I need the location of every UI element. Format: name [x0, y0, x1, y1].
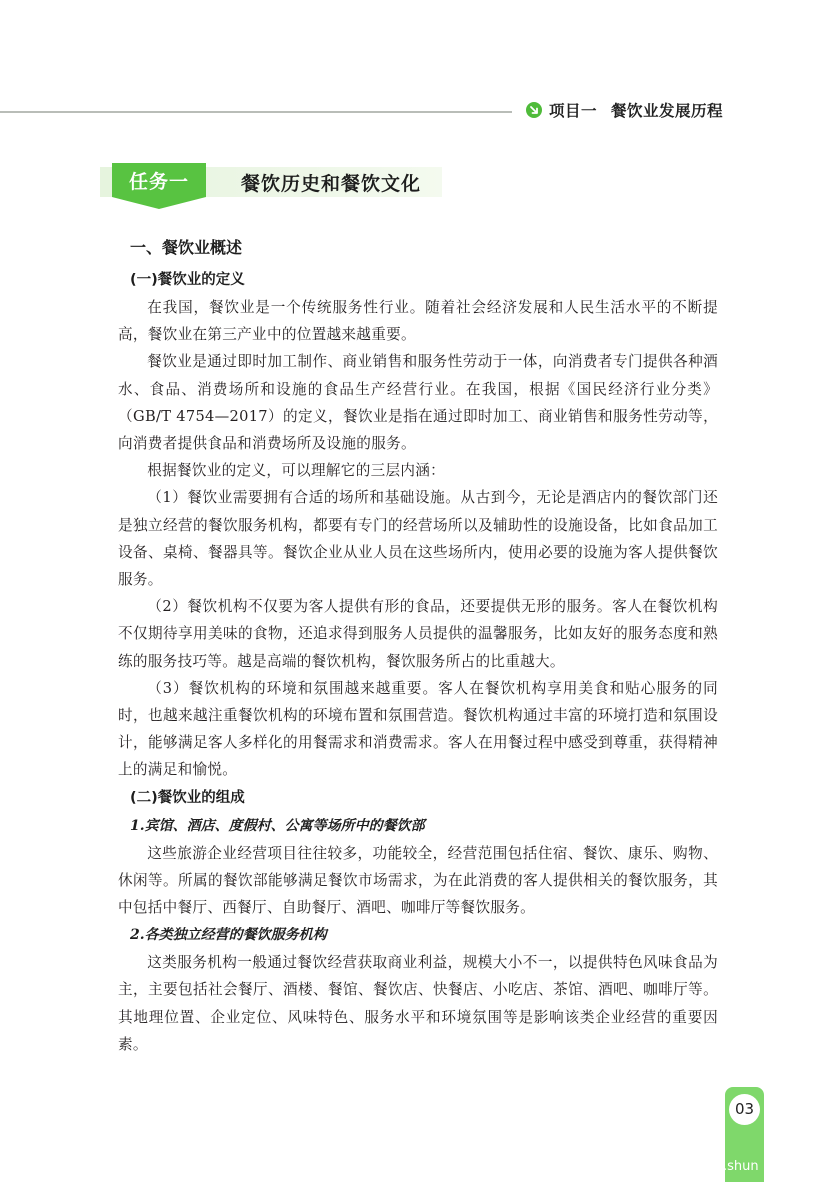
- page-number: 03: [725, 1100, 764, 1118]
- subsection-heading-definition: (一)餐饮业的定义: [130, 266, 718, 294]
- page-body: 一、餐饮业概述 (一)餐饮业的定义 在我国，餐饮业是一个传统服务性行业。随着社会…: [118, 230, 718, 1058]
- paragraph: 这些旅游企业经营项目往往较多，功能较全，经营范围包括住宿、餐饮、康乐、购物、休闲…: [118, 840, 718, 922]
- paragraph: （1）餐饮业需要拥有合适的场所和基础设施。从古到今，无论是酒店内的餐饮部门还是独…: [118, 484, 718, 593]
- item-heading: 1.宾馆、酒店、度假村、公寓等场所中的餐饮部: [130, 812, 718, 840]
- paragraph: 这类服务机构一般通过餐饮经营获取商业利益，规模大小不一，以提供特色风味食品为主，…: [118, 949, 718, 1058]
- task-tag-label: 任务一: [112, 167, 206, 194]
- paragraph: 根据餐饮业的定义，可以理解它的三层内涵：: [118, 457, 718, 484]
- paragraph: （3）餐饮机构的环境和氛围越来越重要。客人在餐饮机构享用美食和贴心服务的同时，也…: [118, 675, 718, 784]
- subsection-heading-composition: (二)餐饮业的组成: [130, 784, 718, 812]
- task-title: 餐饮历史和餐饮文化: [241, 169, 421, 196]
- task-banner: 任务一 餐饮历史和餐饮文化: [100, 163, 442, 199]
- chapter-label: 项目一餐饮业发展历程: [549, 99, 723, 121]
- section-heading: 一、餐饮业概述: [130, 230, 718, 266]
- paragraph: （2）餐饮机构不仅要为客人提供有形的食品，还要提供无形的服务。客人在餐饮机构不仅…: [118, 593, 718, 675]
- task-tag-pointer: [112, 197, 206, 209]
- page-number-tab: 03 .shun: [725, 1087, 764, 1182]
- paragraph: 餐饮业是通过即时加工制作、商业销售和服务性劳动于一体，向消费者专门提供各种酒水、…: [118, 348, 718, 457]
- item-heading: 2.各类独立经营的餐饮服务机构: [130, 921, 718, 949]
- paragraph: 在我国，餐饮业是一个传统服务性行业。随着社会经济发展和人民生活水平的不断提高，餐…: [118, 294, 718, 348]
- running-head: 项目一餐饮业发展历程: [0, 98, 836, 124]
- project-number: 项目一: [549, 102, 597, 120]
- header-rule: [0, 111, 512, 113]
- chapter-title: 餐饮业发展历程: [611, 102, 723, 120]
- arrow-down-right-icon: [526, 102, 542, 118]
- watermark: .shun: [723, 1159, 764, 1174]
